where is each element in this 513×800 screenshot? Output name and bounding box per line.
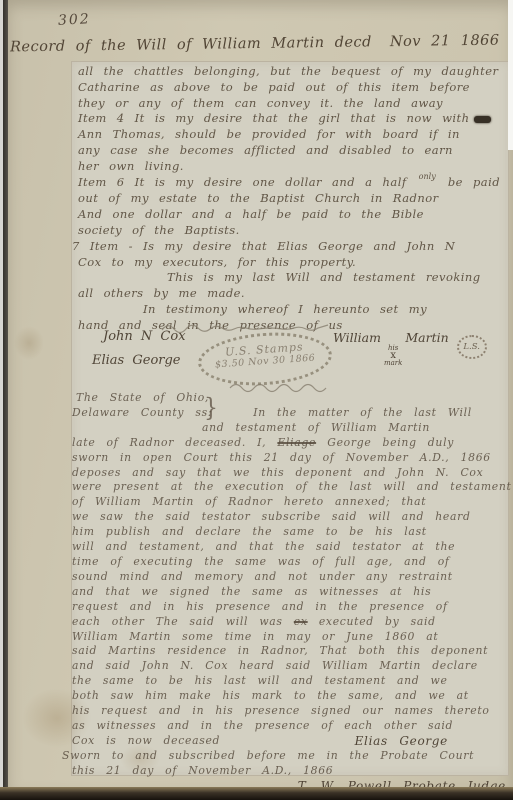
handwritten-line: time of executing the same was of full a… (72, 555, 508, 570)
wax-seal-ls: L.S. (457, 335, 487, 359)
handwritten-line: out of my estate to the Baptist Church i… (78, 191, 508, 207)
handwritten-line: Ann Thomas, should be provided for with … (78, 127, 508, 143)
handwritten-line: In testimony whereof I hereunto set my (143, 302, 508, 318)
handwritten-line: him publish and declare the same to be h… (72, 525, 508, 540)
item4-text: Item 4 It is my desire that the girl tha… (78, 111, 469, 125)
testator-last-name: Martin (405, 330, 448, 345)
his-mark: hisxmark (384, 345, 402, 366)
handwritten-line: And one dollar and a half be paid to the… (78, 207, 508, 223)
struck-word: Eliage (277, 436, 316, 449)
executed-text: each other The said will was (72, 615, 283, 628)
mark-word-label: mark (384, 360, 402, 366)
handwritten-line: all others by me made. (78, 286, 508, 302)
struck-word: ex (294, 615, 308, 628)
handwritten-line: both saw him make his mark to the same, … (72, 689, 508, 704)
handwritten-line: any case she becomes afflicted and disab… (78, 143, 508, 159)
handwritten-line: her own living. (78, 159, 508, 175)
witness-signature-george: Elias George (92, 353, 181, 368)
handwritten-line: his request and in his presence signed o… (72, 704, 508, 719)
deponent-text: late of Radnor deceased. I, (72, 436, 266, 449)
witness-signature-george-attestation: Elias George (355, 734, 448, 749)
stamp-flourish (160, 318, 332, 336)
handwritten-line: all the chattles belonging, but the bequ… (78, 64, 508, 80)
handwritten-line: sound mind and memory and not under any … (72, 570, 508, 585)
deceased-text: Cox is now deceased (72, 734, 220, 749)
handwritten-line: sworn in open Court this 21 day of Novem… (72, 451, 508, 466)
county-label: Delaware County ss: (72, 406, 212, 419)
probate-attestation: The State of Ohio, Delaware County ss: }… (72, 391, 508, 793)
handwritten-line-item4: Item 4 It is my desire that the girl tha… (78, 111, 508, 127)
handwritten-line: will and testament, and that the said te… (72, 540, 508, 555)
handwritten-line: the same to be his last will and testame… (72, 674, 508, 689)
handwritten-line: of William Martin of Radnor hereto annex… (72, 495, 508, 510)
handwritten-line-executed: each other The said will was ex executed… (72, 615, 508, 630)
handwritten-line: said Martins residence in Radnor, That b… (72, 644, 508, 659)
ink-blot (474, 116, 491, 123)
handwritten-line: 7 Item - Is my desire that Elias George … (72, 239, 508, 255)
item6-text: Item 6 It is my desire one dollar and a … (78, 175, 407, 189)
handwritten-line: William Martin some time in may or June … (72, 630, 508, 645)
inserted-word: only (419, 172, 436, 181)
page-bottom-edge (0, 787, 513, 800)
handwritten-line: request and in his presence and in the p… (72, 600, 508, 615)
handwritten-line: society of the Baptists. (78, 223, 508, 239)
handwritten-line-deponent: late of Radnor deceased. I, Eliage Georg… (72, 436, 508, 451)
handwritten-line-item6: Item 6 It is my desire one dollar and a … (78, 175, 508, 192)
handwritten-line: and said John N. Cox heard said William … (72, 659, 508, 674)
testator-first-name: William (333, 330, 381, 345)
handwritten-line: deposes and say that we this deponent an… (72, 466, 508, 481)
handwritten-line: This is my last Will and testament revok… (167, 270, 508, 286)
deponent-text-end: George being duly (327, 436, 454, 449)
handwritten-line: Sworn to and subscribed before me in the… (62, 749, 508, 764)
handwritten-line-county: Delaware County ss: } In the matter of t… (72, 406, 508, 421)
handwritten-line: as witnesses and in the presence of each… (72, 719, 508, 734)
matter-text: In the matter of the last Will (253, 406, 472, 419)
executed-text-end: executed by said (319, 615, 436, 628)
handwritten-line: The State of Ohio, (76, 391, 508, 406)
handwritten-line: this 21 day of November A.D., 1866 (72, 764, 508, 779)
handwritten-line: we saw the said testator subscribe said … (72, 510, 508, 525)
record-book-photo: 302 Record of the Will of William Martin… (0, 0, 513, 800)
record-date: Nov 21 1866 (390, 33, 500, 51)
handwritten-line: Cox to my executors, for this property. (78, 255, 508, 271)
will-body: all the chattles belonging, but the bequ… (78, 64, 508, 334)
handwritten-line: were present at the execution of the las… (72, 480, 508, 495)
photo-corner-sliver (508, 0, 513, 150)
handwritten-line: and testament of William Martin (202, 421, 508, 436)
handwritten-line: and that we signed the same as witnesses… (72, 585, 508, 600)
curly-brace: } (204, 401, 219, 418)
page-number: 302 (58, 11, 92, 29)
handwritten-line: Catharine as above to be paid out of thi… (78, 80, 508, 96)
handwritten-line: they or any of them can convey it. the l… (78, 96, 508, 112)
handwritten-line-deceased: Cox is now deceased Elias George (72, 734, 508, 749)
testator-signature: WilliamhisxmarkMartinL.S. (333, 330, 487, 366)
item6-text-end: be paid (448, 175, 500, 189)
